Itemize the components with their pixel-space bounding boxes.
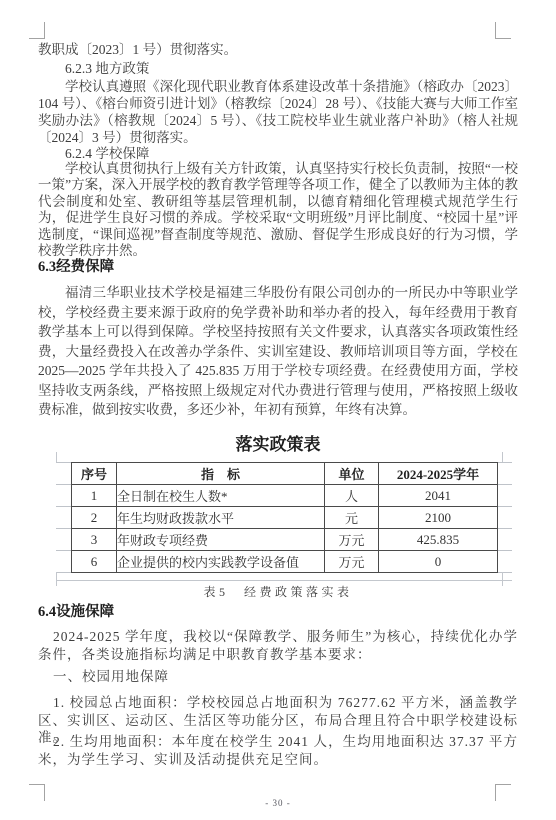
heading-6-3-funding-guarantee: 6.3经费保障 [38, 258, 518, 276]
cell-unit: 元 [325, 507, 379, 529]
paragraph-policy-continuation: 教职成〔2023〕1 号）贯彻落实。 [38, 41, 518, 58]
cell-serial: 1 [72, 485, 117, 507]
header-indicator: 指 标 [117, 463, 325, 485]
table-gridline-bottom [56, 580, 512, 581]
document-page: 教职成〔2023〕1 号）贯彻落实。 6.2.3 地方政策 学校认真遵照《深化现… [0, 0, 556, 820]
paragraph-funding-guarantee: 福清三华职业技术学校是福建三华股份有限公司创办的一所民办中等职业学校，学校经费主… [38, 283, 518, 420]
policy-table: 序号 指 标 单位 2024-2025学年 1 全日制在校生人数* 人 2041… [71, 462, 498, 573]
table-gridline-stubs-left [56, 462, 71, 573]
table-row: 2 年生均财政拨款水平 元 2100 [72, 507, 498, 529]
table-gridline-vstub [56, 452, 57, 462]
cell-indicator: 企业提供的校内实践教学设备值 [117, 551, 325, 573]
header-unit: 单位 [325, 463, 379, 485]
text-boundary-mark-top-left [29, 22, 45, 39]
paragraph-school-guarantee: 学校认真贯彻执行上级有关方针政策，认真坚持实行校长负责制，按照“一校一策”方案，… [38, 161, 518, 259]
table-row: 6 企业提供的校内实践教学设备值 万元 0 [72, 551, 498, 573]
table-gridline-vstub [502, 452, 503, 462]
cell-unit: 人 [325, 485, 379, 507]
table-row: 3 年财政专项经费 万元 425.835 [72, 529, 498, 551]
table-gridline-stubs-right [497, 462, 512, 573]
heading-6-2-4-school-guarantee: 6.2.4 学校保障 [38, 145, 545, 162]
cell-unit: 万元 [325, 551, 379, 573]
header-serial-number: 序号 [72, 463, 117, 485]
cell-unit: 万元 [325, 529, 379, 551]
table-header-row: 序号 指 标 单位 2024-2025学年 [72, 463, 498, 485]
cell-value: 0 [379, 551, 498, 573]
cell-value: 2100 [379, 507, 498, 529]
paragraph-per-student-area: 2. 生均用地面积：本年度在校学生 2041 人，生均用地面积达 37.37 平… [38, 733, 518, 768]
page-number: - 30 - [38, 795, 518, 812]
cell-serial: 6 [72, 551, 117, 573]
cell-value: 425.835 [379, 529, 498, 551]
cell-indicator: 年财政专项经费 [117, 529, 325, 551]
heading-6-2-3-local-policy: 6.2.3 地方政策 [38, 60, 545, 77]
cell-serial: 2 [72, 507, 117, 529]
cell-value: 2041 [379, 485, 498, 507]
subheading-campus-land: 一、校园用地保障 [38, 668, 518, 686]
header-school-year: 2024-2025学年 [379, 463, 498, 485]
cell-serial: 3 [72, 529, 117, 551]
paragraph-local-policy: 学校认真遵照《深化现代职业教育体系建设改革十条措施》（榕政办〔2023〕104 … [38, 78, 518, 146]
policy-table-title: 落实政策表 [38, 434, 518, 456]
policy-table-caption: 表5 经费政策落实表 [38, 584, 518, 601]
cell-indicator: 年生均财政拨款水平 [117, 507, 325, 529]
heading-6-4-facility-guarantee: 6.4设施保障 [38, 603, 518, 621]
cell-indicator: 全日制在校生人数* [117, 485, 325, 507]
table-row: 1 全日制在校生人数* 人 2041 [72, 485, 498, 507]
text-boundary-mark-top-right [495, 22, 511, 39]
paragraph-facility-intro: 2024-2025 学年度，我校以“保障教学、服务师生”为核心，持续优化办学条件… [38, 628, 518, 663]
